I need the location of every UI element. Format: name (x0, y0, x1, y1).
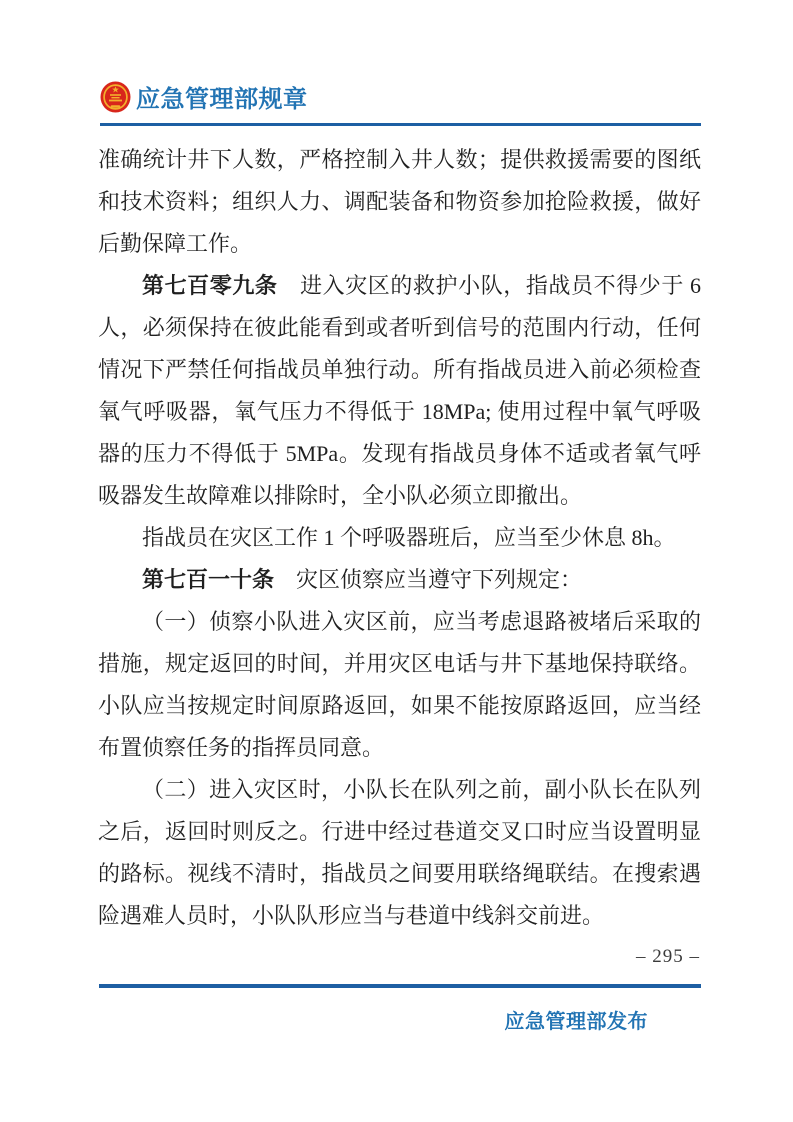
page-number: – 295 – (100, 946, 700, 968)
paragraph: 第七百一十条 灾区侦察应当遵守下列规定： (98, 559, 701, 601)
header-title: 应急管理部规章 (136, 79, 308, 114)
paragraph-text: 指战员在灾区工作 1 个呼吸器班后，应当至少休息 8h。 (142, 525, 676, 550)
paragraph: 准确统计井下人数，严格控制入井人数；提供救援需要的图纸和技术资料；组织人力、调配… (98, 139, 701, 265)
document-page: 应急管理部规章 准确统计井下人数，严格控制入井人数；提供救援需要的图纸和技术资料… (0, 0, 793, 1122)
header-divider (100, 123, 701, 126)
paragraph-text: 准确统计井下人数，严格控制入井人数；提供救援需要的图纸和技术资料；组织人力、调配… (98, 147, 701, 256)
paragraph: 指战员在灾区工作 1 个呼吸器班后，应当至少休息 8h。 (98, 517, 701, 559)
paragraph-text: （一）侦察小队进入灾区前，应当考虑退路被堵后采取的措施，规定返回的时间，并用灾区… (98, 609, 701, 760)
publisher-label: 应急管理部发布 (100, 1005, 648, 1034)
paragraph: （一）侦察小队进入灾区前，应当考虑退路被堵后采取的措施，规定返回的时间，并用灾区… (98, 601, 701, 769)
paragraph: 第七百零九条 进入灾区的救护小队，指战员不得少于 6 人，必须保持在彼此能看到或… (98, 265, 701, 517)
paragraph-text: 进入灾区的救护小队，指战员不得少于 6 人，必须保持在彼此能看到或者听到信号的范… (98, 273, 701, 508)
article-number: 第七百零九条 (142, 273, 277, 298)
paragraph-text: （二）进入灾区时，小队长在队列之前，副小队长在队列之后，返回时则反之。行进中经过… (98, 777, 701, 928)
document-body: 准确统计井下人数，严格控制入井人数；提供救援需要的图纸和技术资料；组织人力、调配… (98, 139, 701, 937)
article-number: 第七百一十条 (142, 567, 274, 592)
footer-divider (99, 984, 701, 988)
document-header: 应急管理部规章 (100, 79, 308, 114)
paragraph-text: 灾区侦察应当遵守下列规定： (274, 567, 582, 592)
national-emblem-icon (100, 81, 131, 113)
paragraph: （二）进入灾区时，小队长在队列之前，副小队长在队列之后，返回时则反之。行进中经过… (98, 769, 701, 937)
